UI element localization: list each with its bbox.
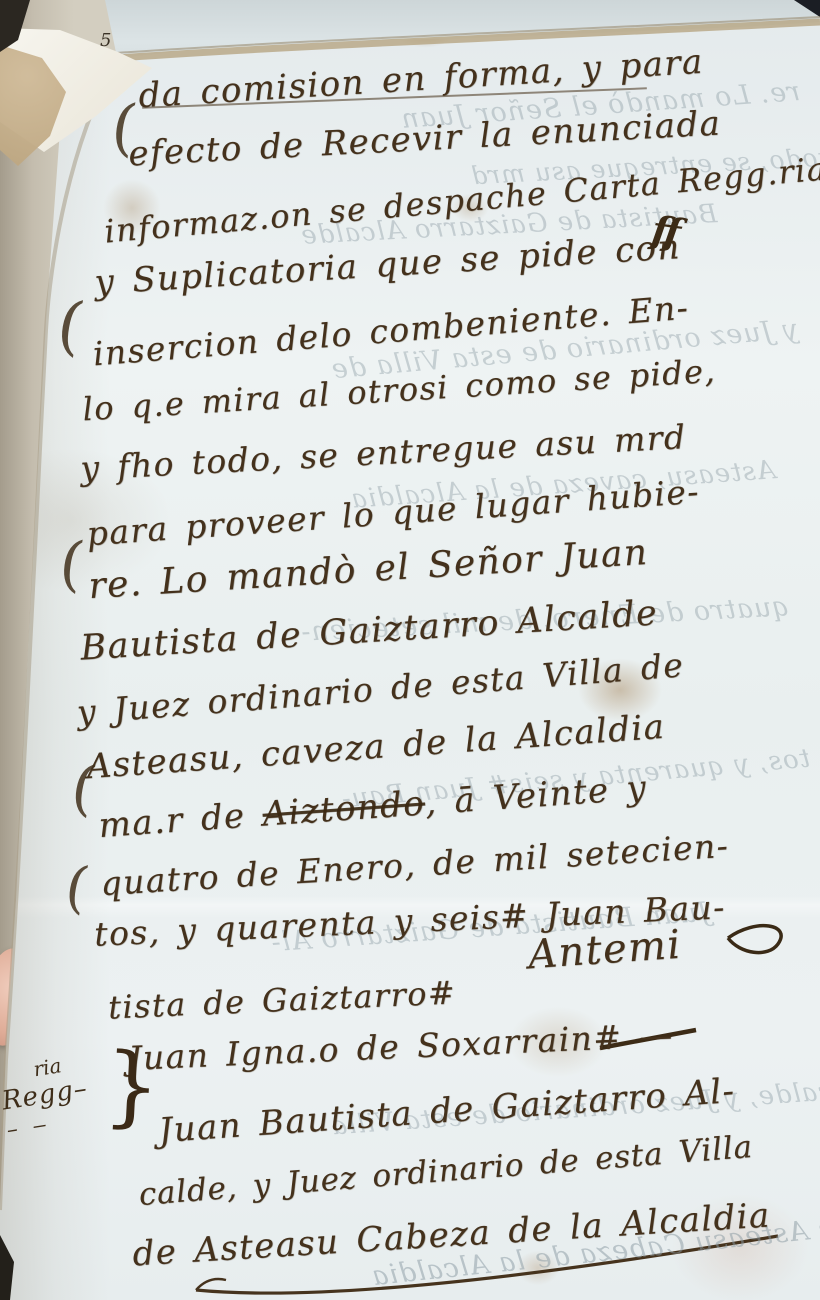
margin-note-brace: } (101, 1033, 162, 1139)
antemi-notary-mark: Antemi (527, 925, 683, 976)
folio-number: 5 (100, 30, 111, 51)
manuscript-scan: re. Lo mandò el Señor Juan Bautista de G… (0, 0, 820, 1300)
margin-note-receptoria: ria Regg– – ‒ (0, 1050, 94, 1143)
